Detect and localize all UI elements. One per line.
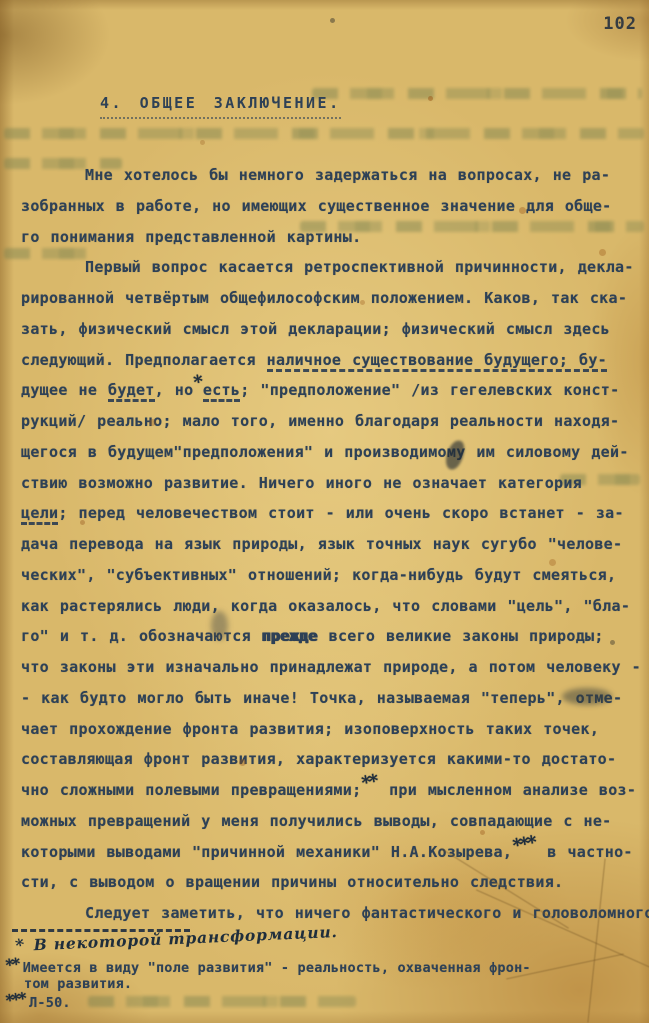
text-line: дущее не будет, но*есть; "предположение"… (21, 375, 635, 406)
text-line: которыми выводами "причинной механики" Н… (21, 837, 635, 868)
text-line: дача перевода на язык природы, язык точн… (21, 529, 635, 560)
footnote-text: Л-50. (29, 995, 71, 1011)
text-line: зать, физический смысл этой декларации; … (21, 314, 635, 345)
text-line: Первый вопрос касается ретроспективной п… (21, 252, 635, 283)
section-heading: 4. ОБЩЕЕ ЗАКЛЮЧЕНИЕ. (100, 94, 341, 112)
text-line: можных превращений у меня получились выв… (21, 806, 635, 837)
text-line: следующий. Предполагается наличное сущес… (21, 345, 635, 376)
text-line: ческих", "субъективных" отношений; когда… (21, 560, 635, 591)
footnote-continuation: том развития. (24, 976, 132, 992)
text-line: чает прохождение фронта развития; изопов… (21, 714, 635, 745)
bleedthrough-text (312, 88, 642, 99)
text-line: ствию возможно развитие. Ничего иного не… (21, 468, 635, 499)
text-line: рированной четвёртым общефилософским пол… (21, 283, 635, 314)
text-line: Мне хотелось бы немного задержаться на в… (21, 160, 635, 191)
text-line: как растерялись люди, когда оказалось, ч… (21, 591, 635, 622)
text-line: составляющая фронт развития, характеризу… (21, 744, 635, 775)
text-line: - как будто могло быть иначе! Точка, наз… (21, 683, 635, 714)
document-page: 102 4. ОБЩЕЕ ЗАКЛЮЧЕНИЕ. Мне хотелось бы… (0, 0, 649, 1023)
page-number: 102 (603, 14, 637, 34)
text-line: рукций/ реально; мало того, именно благо… (21, 406, 635, 437)
body-text: Мне хотелось бы немного задержаться на в… (21, 160, 635, 929)
bleedthrough-text (4, 128, 644, 139)
text-line: сти, с выводом о вращении причины относи… (21, 867, 635, 898)
ink-smudge (562, 688, 612, 705)
footnote-text: том развития. (24, 976, 132, 992)
paper-stain (428, 96, 433, 101)
double-asterisk-icon: ** (4, 954, 19, 975)
footnote: ***Л-50. (6, 992, 71, 1011)
section-heading-text: 4. ОБЩЕЕ ЗАКЛЮЧЕНИЕ. (100, 94, 341, 119)
ink-smudge (211, 611, 228, 640)
triple-asterisk-icon: *** (4, 989, 26, 1010)
text-line: щегося в будущем"предположения" и произв… (21, 437, 635, 468)
text-line: го" и т. д. обозначаются прежде всего ве… (21, 621, 635, 652)
footnote: **Имеется в виду "поле развития" - реаль… (6, 957, 531, 976)
text-line: чно сложными полевыми превращениями;** п… (21, 775, 635, 806)
text-line: что законы эти изначально принадлежат пр… (21, 652, 635, 683)
text-line: зобранных в работе, но имеющих существен… (21, 191, 635, 222)
text-line: цели; перед человечеством стоит - или оч… (21, 498, 635, 529)
text-line: го понимания представленной картины. (21, 222, 635, 253)
footnote-text: Имеется в виду "поле развития" - реально… (23, 960, 531, 976)
bleedthrough-text (88, 996, 356, 1007)
